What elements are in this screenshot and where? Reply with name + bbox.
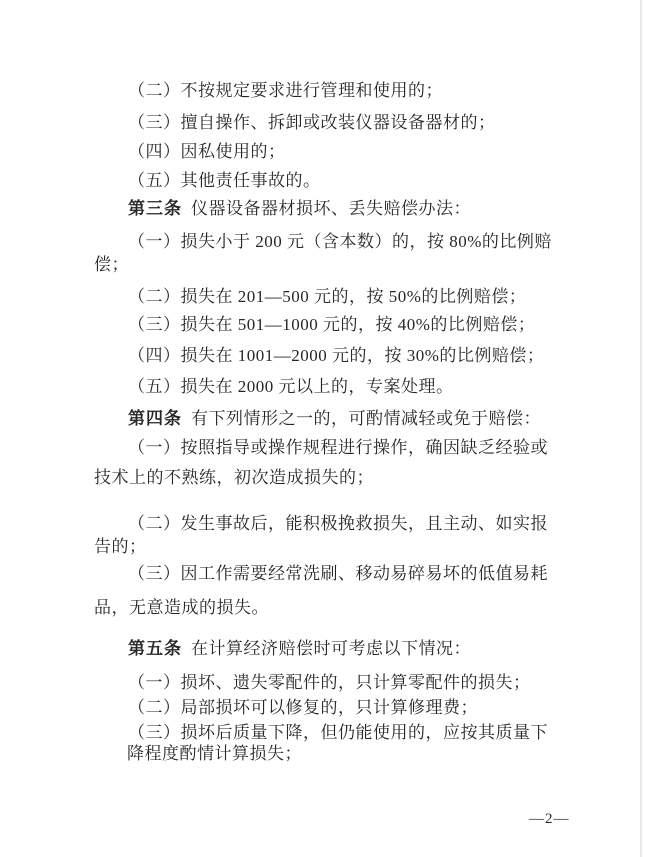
line-text: 技术上的不熟练，初次造成损失的；	[94, 468, 374, 487]
line-text: 有下列情形之一的，可酌情减轻或免于赔偿：	[191, 409, 541, 428]
line-text: 告的；	[94, 537, 147, 556]
line-text: （二）损失在 201—500 元的，按 50%的比例赔偿；	[128, 287, 526, 306]
clause-heading-3: 第三条仪器设备器材损坏、丢失赔偿办法：	[128, 198, 471, 219]
line-text: （三）因工作需要经常洗刷、移动易碎易坏的低值易耗	[128, 564, 548, 583]
document-line: （一）按照指导或操作规程进行操作，确因缺乏经验或	[128, 437, 548, 458]
document-line: （二）不按规定要求进行管理和使用的；	[128, 80, 443, 101]
line-text: （一）损坏、遗失零配件的，只计算零配件的损失；	[128, 673, 531, 692]
line-text: （二）发生事故后，能积极挽救损失，且主动、如实报	[128, 514, 548, 533]
line-text: （二）不按规定要求进行管理和使用的；	[128, 81, 443, 100]
line-text: 仪器设备器材损坏、丢失赔偿办法：	[191, 199, 471, 218]
line-text: （五）其他责任事故的。	[128, 171, 321, 190]
line-text: 在计算经济赔偿时可考虑以下情况：	[191, 639, 471, 658]
document-line: 技术上的不熟练，初次造成损失的；	[94, 467, 374, 488]
document-line: （五）损失在 2000 元以上的，专案处理。	[128, 376, 454, 397]
document-line: （三）损坏后质量下降，但仍能使用的，应按其质量下	[128, 722, 548, 743]
clause-number: 第五条	[128, 639, 182, 658]
document-line: （二）损失在 201—500 元的，按 50%的比例赔偿；	[128, 286, 526, 307]
document-line: 偿；	[94, 254, 129, 275]
document-line: 品，无意造成的损失。	[94, 597, 269, 618]
line-text: （三）擅自操作、拆卸或改装仪器设备器材的；	[128, 113, 496, 132]
document-line: 告的；	[94, 536, 147, 557]
line-text: （四）损失在 1001—2000 元的，按 30%的比例赔偿；	[128, 346, 544, 365]
document-line: （二）局部损坏可以修复的，只计算修理费；	[128, 697, 478, 718]
document-line: （二）发生事故后，能积极挽救损失，且主动、如实报	[128, 513, 548, 534]
document-line: （五）其他责任事故的。	[128, 170, 321, 191]
scan-edge-line	[640, 0, 642, 857]
line-text: 品，无意造成的损失。	[94, 598, 269, 617]
line-text: （三）损失在 501—1000 元的，按 40%的比例赔偿；	[128, 315, 535, 334]
document-line: （三）损失在 501—1000 元的，按 40%的比例赔偿；	[128, 314, 535, 335]
clause-heading-4: 第四条有下列情形之一的，可酌情减轻或免于赔偿：	[128, 408, 541, 429]
scanned-document-page: （二）不按规定要求进行管理和使用的； （三）擅自操作、拆卸或改装仪器设备器材的；…	[0, 0, 645, 857]
document-line: （四）损失在 1001—2000 元的，按 30%的比例赔偿；	[128, 345, 544, 366]
line-text: （四）因私使用的；	[128, 142, 286, 161]
clause-number: 第四条	[128, 409, 182, 428]
line-text: （五）损失在 2000 元以上的，专案处理。	[128, 377, 454, 396]
clause-number: 第三条	[128, 199, 182, 218]
line-text: （一）按照指导或操作规程进行操作，确因缺乏经验或	[128, 438, 548, 457]
document-line: （三）擅自操作、拆卸或改装仪器设备器材的；	[128, 112, 496, 133]
line-text: 偿；	[94, 255, 129, 274]
line-text: （二）局部损坏可以修复的，只计算修理费；	[128, 698, 478, 717]
line-text: （三）损坏后质量下降，但仍能使用的，应按其质量下	[128, 723, 548, 742]
document-line: （一）损失小于 200 元（含本数）的，按 80%的比例赔	[128, 231, 552, 252]
document-line: （一）损坏、遗失零配件的，只计算零配件的损失；	[128, 672, 531, 693]
clause-heading-5: 第五条在计算经济赔偿时可考虑以下情况：	[128, 638, 471, 659]
line-text: （一）损失小于 200 元（含本数）的，按 80%的比例赔	[128, 232, 552, 251]
line-text: 降程度酌情计算损失；	[127, 744, 302, 763]
document-line: 降程度酌情计算损失；	[127, 743, 302, 764]
page-number: —2—	[529, 811, 570, 828]
document-line: （四）因私使用的；	[128, 141, 286, 162]
document-line: （三）因工作需要经常洗刷、移动易碎易坏的低值易耗	[128, 563, 548, 584]
